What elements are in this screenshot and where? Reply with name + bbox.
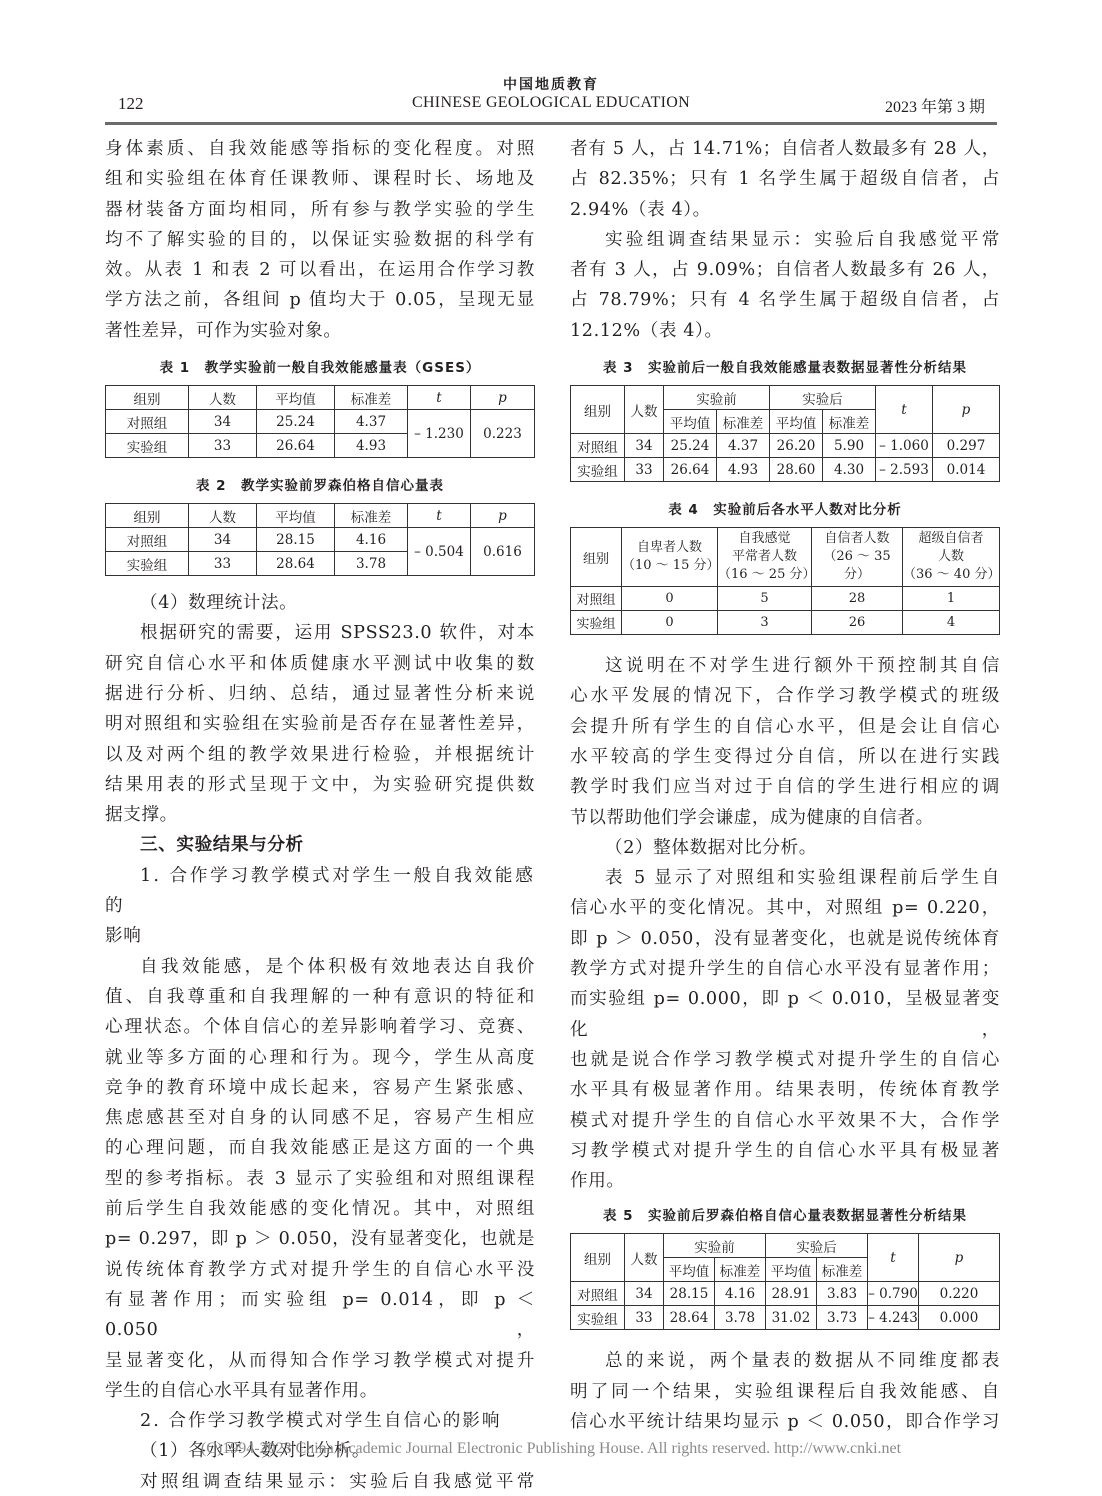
table-row: 实验组 33 26.64 4.93 28.60 4.30 – 2.593 0.0… bbox=[571, 458, 1000, 482]
table-header-row: 组别 自卑者人数（10 ～ 15 分） 自我感觉平常者人数（16 ～ 25 分）… bbox=[571, 528, 1000, 587]
table-row: 对照组 34 28.15 4.16 28.91 3.83 – 0.790 0.2… bbox=[571, 1282, 1000, 1306]
copyright-footer: (C)1994-2023 China Academic Journal Elec… bbox=[0, 1440, 1102, 1458]
subsection-2-2-heading: （2）整体数据对比分析。 bbox=[570, 833, 1000, 863]
subsection-2-heading: 2. 合作学习教学模式对学生自信心的影响 bbox=[105, 1406, 535, 1436]
table-1-caption: 表 1 教学实验前一般自我效能感量表（GSES） bbox=[105, 356, 535, 376]
table-1: 表 1 教学实验前一般自我效能感量表（GSES） 组别 人数 平均值 标准差 t… bbox=[105, 356, 535, 458]
table-header-row: 组别 人数 实验前 实验后 t p bbox=[571, 1234, 1000, 1258]
para-intro: 身体素质、自我效能感等指标的变化程度。对照 组和实验组在体育任课教师、课程时长、… bbox=[105, 134, 535, 346]
table-row: 对照组 34 25.24 4.37 – 1.230 0.223 bbox=[106, 410, 535, 434]
table-5: 表 5 实验前后罗森伯格自信心量表数据显著性分析结果 组别 人数 实验前 实验后… bbox=[570, 1204, 1000, 1330]
table-4-caption: 表 4 实验前后各水平人数对比分析 bbox=[570, 498, 1000, 518]
right-column: 者有 5 人，占 14.71%；自信者人数最多有 28 人， 占 82.35%；… bbox=[570, 134, 1000, 1437]
table-3-caption: 表 3 实验前后一般自我效能感量表数据显著性分析结果 bbox=[570, 356, 1000, 376]
journal-title-en: CHINESE GEOLOGICAL EDUCATION bbox=[105, 94, 997, 112]
table-3: 表 3 实验前后一般自我效能感量表数据显著性分析结果 组别 人数 实验前 实验后… bbox=[570, 356, 1000, 482]
left-column: 身体素质、自我效能感等指标的变化程度。对照 组和实验组在体育任课教师、课程时长、… bbox=[105, 134, 535, 1496]
table-row: 实验组 0 3 26 4 bbox=[571, 611, 1000, 635]
table-header-row: 组别 人数 平均值 标准差 t p bbox=[106, 386, 535, 410]
running-header: 中国地质教育 122 CHINESE GEOLOGICAL EDUCATION … bbox=[105, 74, 997, 124]
method-heading: （4）数理统计法。 bbox=[105, 588, 535, 618]
table-header-row: 组别 人数 实验前 实验后 t p bbox=[571, 386, 1000, 410]
discussion: 这说明在不对学生进行额外干预控制其自信 心水平发展的情况下，合作学习教学模式的班… bbox=[570, 651, 1000, 1196]
method-section: （4）数理统计法。 根据研究的需要，运用 SPSS23.0 软件，对本 研究自信… bbox=[105, 588, 535, 1496]
header-rule bbox=[105, 122, 997, 125]
table-5-caption: 表 5 实验前后罗森伯格自信心量表数据显著性分析结果 bbox=[570, 1204, 1000, 1224]
section-heading: 三、实验结果与分析 bbox=[105, 830, 535, 860]
subsection-1-heading: 1. 合作学习教学模式对学生一般自我效能感的 bbox=[105, 861, 535, 922]
table-row: 对照组 34 28.15 4.16 – 0.504 0.616 bbox=[106, 528, 535, 552]
issue-label: 2023 年第 3 期 bbox=[885, 94, 985, 117]
table-header-row: 组别 人数 平均值 标准差 t p bbox=[106, 504, 535, 528]
conclusion: 总的来说，两个量表的数据从不同维度都表 明了同一个结果，实验组课程后自我效能感、… bbox=[570, 1346, 1000, 1437]
table-2: 表 2 教学实验前罗森伯格自信心量表 组别 人数 平均值 标准差 t p 对照组… bbox=[105, 474, 535, 576]
table-row: 实验组 33 28.64 3.78 31.02 3.73 – 4.243 0.0… bbox=[571, 1306, 1000, 1330]
table-2-caption: 表 2 教学实验前罗森伯格自信心量表 bbox=[105, 474, 535, 494]
table-4: 表 4 实验前后各水平人数对比分析 组别 自卑者人数（10 ～ 15 分） 自我… bbox=[570, 498, 1000, 635]
journal-title-cn: 中国地质教育 bbox=[105, 74, 997, 94]
table-row: 对照组 0 5 28 1 bbox=[571, 587, 1000, 611]
table-row: 对照组 34 25.24 4.37 26.20 5.90 – 1.060 0.2… bbox=[571, 434, 1000, 458]
